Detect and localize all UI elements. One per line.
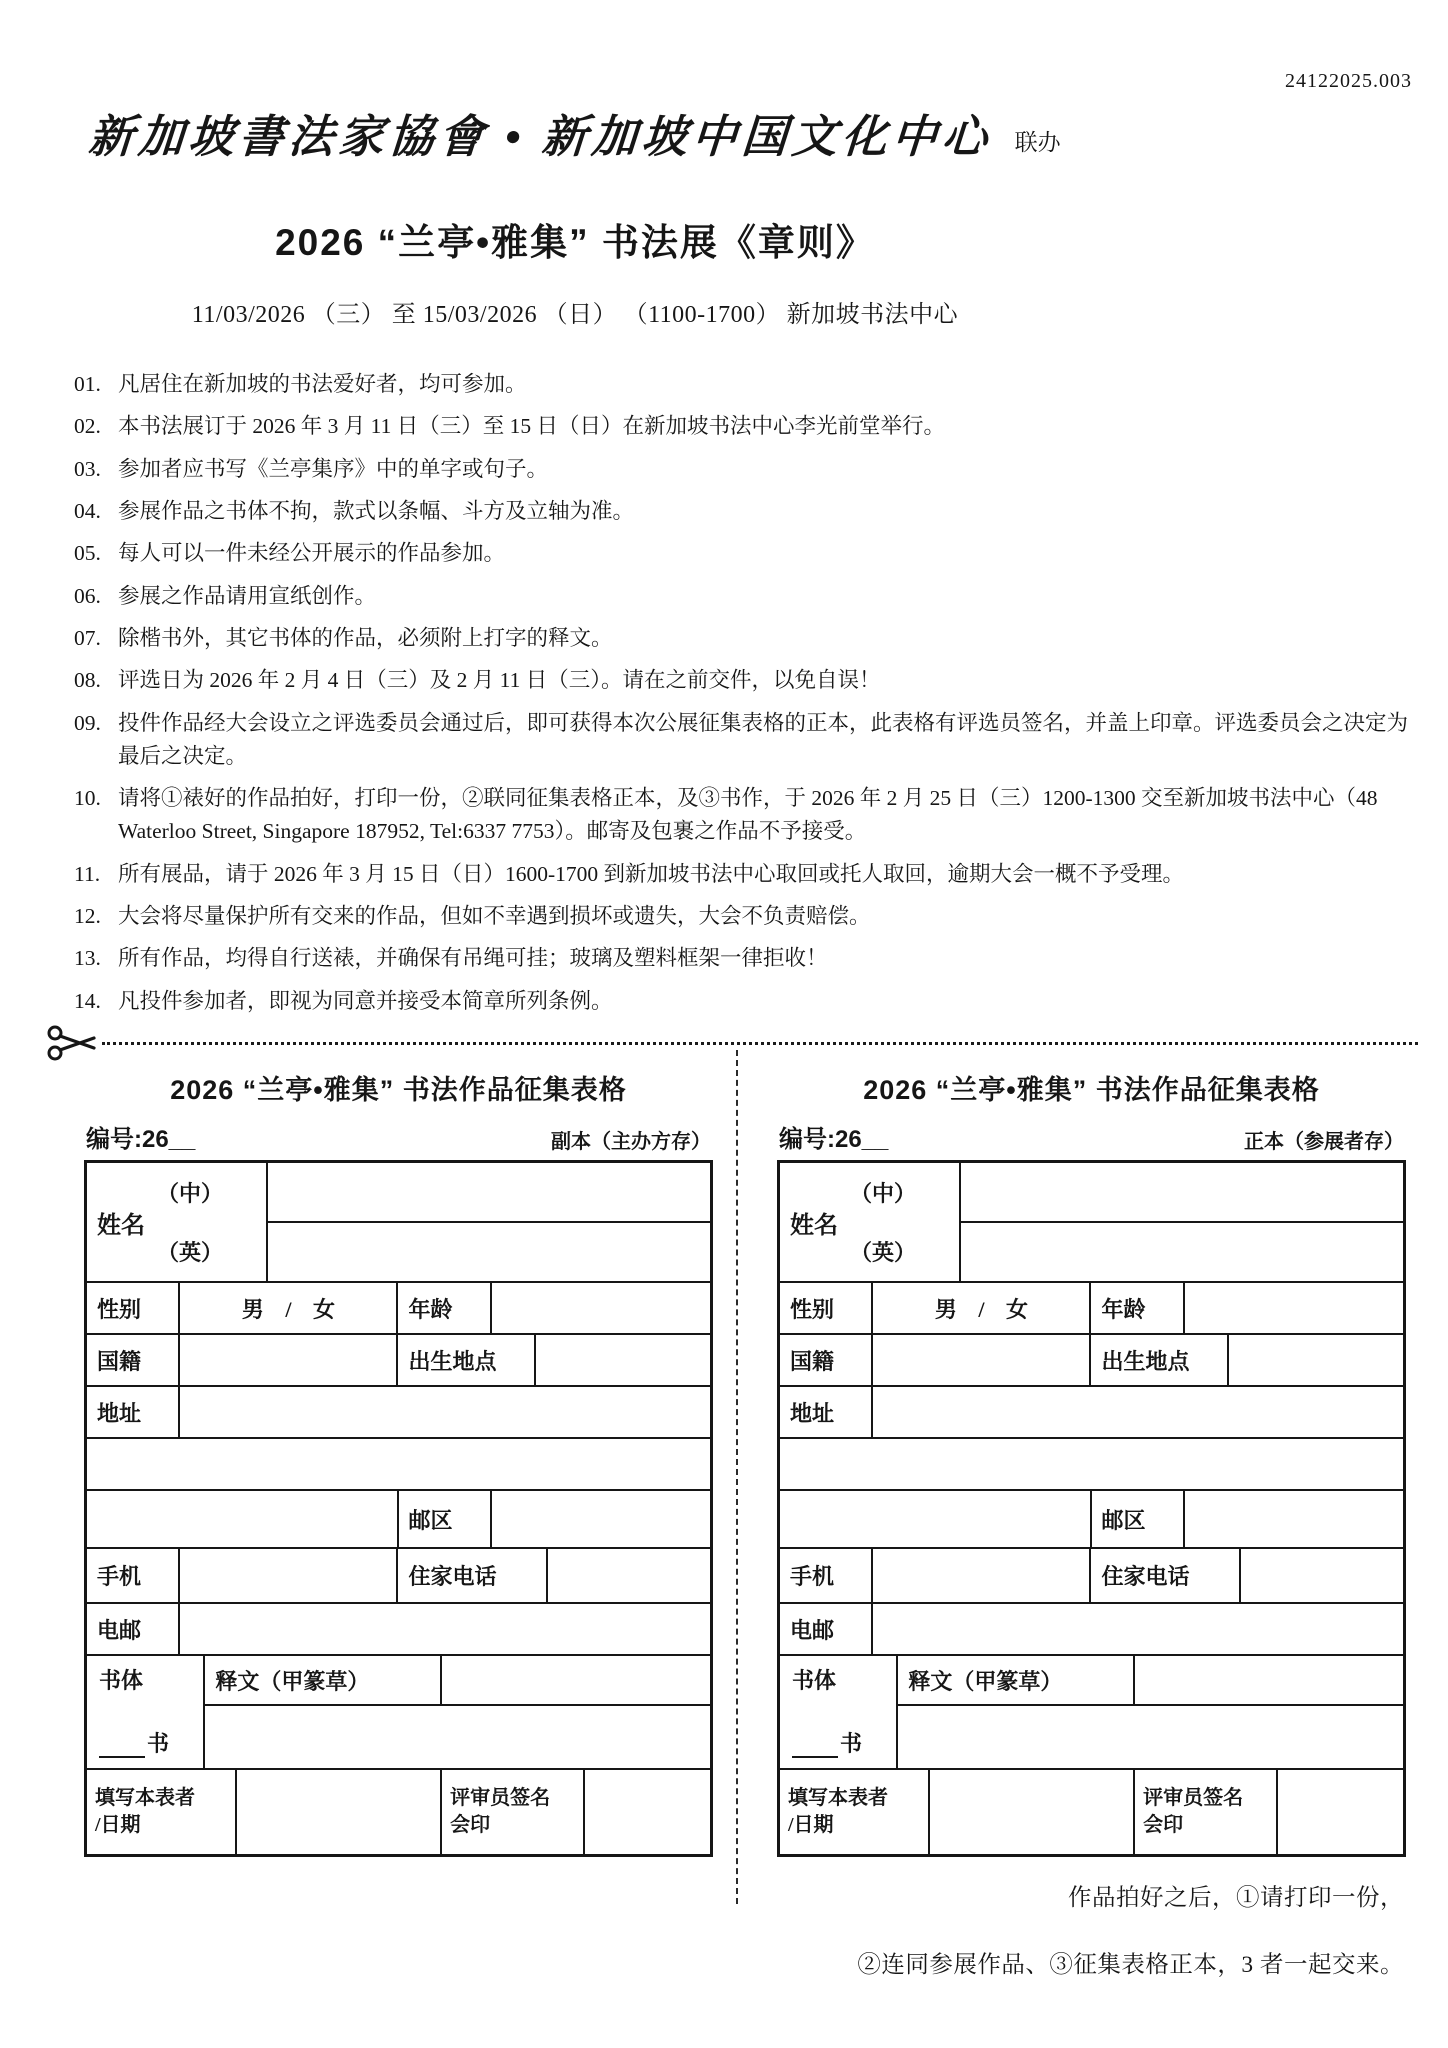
- nationality-row: 国籍 出生地点: [780, 1333, 1403, 1385]
- rule-text: 参展之作品请用宣纸创作。: [118, 580, 1412, 613]
- judge-sign-label-cell: 评审员签名 会印: [442, 1770, 585, 1854]
- form-title: 2026 “兰亭•雅集” 书法作品征集表格: [84, 1068, 713, 1107]
- filled-by-label-cell: 填写本表者 /日期: [780, 1770, 930, 1854]
- footer-note-line1: 作品拍好之后，①请打印一份，: [857, 1878, 1404, 1912]
- rule-number: 02.: [74, 410, 118, 443]
- nationality-label: 国籍: [780, 1335, 873, 1385]
- rule-item: 12.大会将尽量保护所有交来的作品，但如不幸遇到损坏或遗失，大会不负责赔偿。: [74, 900, 1412, 933]
- rule-number: 07.: [74, 622, 118, 655]
- serial-row: 编号:26__ 副本（主办方存）: [86, 1119, 711, 1154]
- rule-text: 大会将尽量保护所有交来的作品，但如不幸遇到损坏或遗失，大会不负责赔偿。: [118, 900, 1412, 933]
- rule-item: 10.请将①裱好的作品拍好，打印一份，②联同征集表格正本，及③书作，于 2026…: [74, 782, 1412, 849]
- birthplace-input-cell: [536, 1335, 710, 1385]
- rule-text: 参加者应书写《兰亭集序》中的单字或句子。: [118, 453, 1412, 486]
- postal-row: 邮区: [780, 1489, 1403, 1547]
- address-row: 地址: [87, 1385, 710, 1437]
- transcript-area: 释文（甲篆草）: [898, 1656, 1403, 1768]
- serial-number-label: 编号:26__: [86, 1119, 195, 1154]
- copy-type-label: 副本（主办方存）: [551, 1125, 711, 1154]
- address-open-cell: [87, 1491, 399, 1547]
- script-style-label: 书体: [792, 1664, 890, 1695]
- filled-by-label: 填写本表者: [95, 1785, 235, 1812]
- transcript-header-row: 释文（甲篆草）: [205, 1656, 710, 1706]
- filled-by-label: 填写本表者: [788, 1785, 928, 1812]
- email-label: 电邮: [780, 1604, 873, 1654]
- nationality-row: 国籍 出生地点: [87, 1333, 710, 1385]
- rule-text: 投件作品经大会设立之评选委员会通过后，即可获得本次公展征集表格的正本，此表格有评…: [118, 707, 1412, 774]
- rule-number: 10.: [74, 782, 118, 849]
- rule-text: 所有展品，请于 2026 年 3 月 15 日（日）1600-1700 到新加坡…: [118, 858, 1412, 891]
- address-label: 地址: [780, 1387, 873, 1437]
- serial-number-label: 编号:26__: [779, 1119, 888, 1154]
- rule-item: 06.参展之作品请用宣纸创作。: [74, 580, 1412, 613]
- name-english-label: （英）: [850, 1222, 959, 1281]
- home-phone-label: 住家电话: [1091, 1549, 1241, 1602]
- mobile-label: 手机: [87, 1549, 180, 1602]
- postal-label: 邮区: [399, 1491, 492, 1547]
- address-label: 地址: [87, 1387, 180, 1437]
- rule-item: 08.评选日为 2026 年 2 月 4 日（三）及 2 月 11 日（三）。请…: [74, 664, 1412, 697]
- script-style-fill-line: 书: [99, 1727, 197, 1758]
- judge-seal-label: 会印: [1143, 1812, 1276, 1839]
- postal-input-cell: [1185, 1491, 1403, 1547]
- filled-by-date-label: /日期: [95, 1812, 235, 1839]
- rule-number: 14.: [74, 985, 118, 1018]
- age-label: 年龄: [1091, 1283, 1184, 1333]
- name-input-column: [268, 1163, 710, 1281]
- name-language-labels: （中） （英）: [157, 1163, 266, 1281]
- rule-item: 07.除楷书外，其它书体的作品，必须附上打字的释文。: [74, 622, 1412, 655]
- address-input-cell: [873, 1387, 1403, 1437]
- name-english-input-cell: [961, 1223, 1403, 1281]
- judge-seal-label: 会印: [450, 1812, 583, 1839]
- rule-number: 11.: [74, 858, 118, 891]
- address-open-cell: [780, 1491, 1092, 1547]
- script-style-blank: [792, 1736, 838, 1758]
- email-row: 电邮: [780, 1602, 1403, 1654]
- filled-by-input-cell: [930, 1770, 1136, 1854]
- script-style-row: 书体 书 释文（甲篆草）: [780, 1654, 1403, 1768]
- co-organize-label: 联办: [1015, 124, 1061, 165]
- rule-item: 09.投件作品经大会设立之评选委员会通过后，即可获得本次公展征集表格的正本，此表…: [74, 707, 1412, 774]
- dotted-cut-line: [102, 1042, 1418, 1045]
- rule-number: 09.: [74, 707, 118, 774]
- gender-age-row: 性别 男 / 女 年龄: [780, 1281, 1403, 1333]
- transcript-area: 释文（甲篆草）: [205, 1656, 710, 1768]
- judge-sign-input-cell: [1278, 1770, 1403, 1854]
- name-label: 姓名: [97, 1205, 145, 1240]
- transcript-write-cell: [898, 1706, 1403, 1768]
- phone-row: 手机 住家电话: [87, 1547, 710, 1602]
- address-continue-cell: [780, 1439, 1403, 1489]
- phone-row: 手机 住家电话: [780, 1547, 1403, 1602]
- organizers-calligraphy: 新加坡書法家協會 • 新加坡中国文化中心: [87, 100, 995, 165]
- name-language-labels: （中） （英）: [850, 1163, 959, 1281]
- filled-by-date-label: /日期: [788, 1812, 928, 1839]
- rule-item: 04.参展作品之书体不拘，款式以条幅、斗方及立轴为准。: [74, 495, 1412, 528]
- form-table: 姓名 （中） （英） 性别 男 / 女 年龄: [777, 1160, 1406, 1857]
- name-english-input-cell: [268, 1223, 710, 1281]
- script-style-row: 书体 书 释文（甲篆草）: [87, 1654, 710, 1768]
- rule-number: 12.: [74, 900, 118, 933]
- document-number: 24122025.003: [1285, 70, 1412, 93]
- name-row: 姓名 （中） （英）: [87, 1163, 710, 1281]
- form-title: 2026 “兰亭•雅集” 书法作品征集表格: [777, 1068, 1406, 1107]
- rule-number: 05.: [74, 537, 118, 570]
- signature-row: 填写本表者 /日期 评审员签名 会印: [87, 1768, 710, 1854]
- name-row: 姓名 （中） （英）: [780, 1163, 1403, 1281]
- mobile-input-cell: [873, 1549, 1091, 1602]
- transcript-input-cell: [442, 1656, 710, 1704]
- mobile-label: 手机: [780, 1549, 873, 1602]
- address-input-cell: [180, 1387, 710, 1437]
- rule-text: 每人可以一件未经公开展示的作品参加。: [118, 537, 1412, 570]
- email-input-cell: [873, 1604, 1403, 1654]
- page-title: 2026 “兰亭•雅集” 书法展《章则》: [70, 212, 1080, 266]
- birthplace-label: 出生地点: [1091, 1335, 1228, 1385]
- name-chinese-input-cell: [268, 1163, 710, 1223]
- rule-number: 04.: [74, 495, 118, 528]
- script-suffix-label: 书: [840, 1727, 862, 1758]
- rule-item: 13.所有作品，均得自行送裱，并确保有吊绳可挂；玻璃及塑料框架一律拒收！: [74, 942, 1412, 975]
- name-english-label: （英）: [157, 1222, 266, 1281]
- script-style-label-cell: 书体 书: [87, 1656, 205, 1768]
- cut-here-row: [46, 1020, 1418, 1066]
- script-style-blank: [99, 1736, 145, 1758]
- age-label: 年龄: [398, 1283, 491, 1333]
- name-chinese-label: （中）: [157, 1163, 266, 1222]
- postal-label: 邮区: [1092, 1491, 1185, 1547]
- address-row: 地址: [780, 1385, 1403, 1437]
- rule-number: 06.: [74, 580, 118, 613]
- name-label: 姓名: [790, 1205, 838, 1240]
- home-phone-input-cell: [1241, 1549, 1403, 1602]
- home-phone-label: 住家电话: [398, 1549, 548, 1602]
- event-date-line: 11/03/2026 （三） 至 15/03/2026 （日） （1100-17…: [70, 294, 1080, 329]
- rule-text: 参展作品之书体不拘，款式以条幅、斗方及立轴为准。: [118, 495, 1412, 528]
- birthplace-input-cell: [1229, 1335, 1403, 1385]
- rule-number: 08.: [74, 664, 118, 697]
- rule-item: 11.所有展品，请于 2026 年 3 月 15 日（日）1600-1700 到…: [74, 858, 1412, 891]
- script-style-fill-line: 书: [792, 1727, 890, 1758]
- form-table: 姓名 （中） （英） 性别 男 / 女 年龄: [84, 1160, 713, 1857]
- script-suffix-label: 书: [147, 1727, 169, 1758]
- name-chinese-label: （中）: [850, 1163, 959, 1222]
- name-label-cell: 姓名 （中） （英）: [87, 1163, 268, 1281]
- name-input-column: [961, 1163, 1403, 1281]
- signature-row: 填写本表者 /日期 评审员签名 会印: [780, 1768, 1403, 1854]
- name-chinese-input-cell: [961, 1163, 1403, 1223]
- email-row: 电邮: [87, 1602, 710, 1654]
- entry-form-original: 2026 “兰亭•雅集” 书法作品征集表格 编号:26__ 正本（参展者存） 姓…: [777, 1068, 1406, 1857]
- postal-row: 邮区: [87, 1489, 710, 1547]
- judge-sign-input-cell: [585, 1770, 710, 1854]
- birthplace-label: 出生地点: [398, 1335, 535, 1385]
- age-input-cell: [492, 1283, 710, 1333]
- filled-by-input-cell: [237, 1770, 443, 1854]
- address-continue-cell: [87, 1439, 710, 1489]
- email-input-cell: [180, 1604, 710, 1654]
- footer-note-line2: ②连同参展作品、③征集表格正本，3 者一起交来。: [857, 1945, 1404, 1979]
- age-input-cell: [1185, 1283, 1403, 1333]
- nationality-input-cell: [180, 1335, 398, 1385]
- transcript-label: 释文（甲篆草）: [898, 1656, 1135, 1704]
- rule-text: 除楷书外，其它书体的作品，必须附上打字的释文。: [118, 622, 1412, 655]
- gender-options: 男 / 女: [873, 1283, 1091, 1333]
- rules-list: 01.凡居住在新加坡的书法爱好者，均可参加。 02.本书法展订于 2026 年 …: [74, 368, 1412, 1027]
- rule-number: 01.: [74, 368, 118, 401]
- transcript-label: 释文（甲篆草）: [205, 1656, 442, 1704]
- home-phone-input-cell: [548, 1549, 710, 1602]
- rule-number: 03.: [74, 453, 118, 486]
- judge-sign-label: 评审员签名: [1143, 1785, 1276, 1812]
- postal-input-cell: [492, 1491, 710, 1547]
- nationality-label: 国籍: [87, 1335, 180, 1385]
- address-continue-row: [780, 1437, 1403, 1489]
- rule-item: 05.每人可以一件未经公开展示的作品参加。: [74, 537, 1412, 570]
- rule-text: 请将①裱好的作品拍好，打印一份，②联同征集表格正本，及③书作，于 2026 年 …: [118, 782, 1412, 849]
- transcript-header-row: 释文（甲篆草）: [898, 1656, 1403, 1706]
- copy-type-label: 正本（参展者存）: [1244, 1125, 1404, 1154]
- address-continue-row: [87, 1437, 710, 1489]
- rule-text: 凡投件参加者，即视为同意并接受本简章所列条例。: [118, 985, 1412, 1018]
- serial-row: 编号:26__ 正本（参展者存）: [779, 1119, 1404, 1154]
- filled-by-label-cell: 填写本表者 /日期: [87, 1770, 237, 1854]
- script-style-label: 书体: [99, 1664, 197, 1695]
- email-label: 电邮: [87, 1604, 180, 1654]
- gender-age-row: 性别 男 / 女 年龄: [87, 1281, 710, 1333]
- judge-sign-label: 评审员签名: [450, 1785, 583, 1812]
- scanned-form-page: 24122025.003 新加坡書法家協會 • 新加坡中国文化中心 联办 202…: [0, 0, 1448, 2048]
- nationality-input-cell: [873, 1335, 1091, 1385]
- rule-text: 本书法展订于 2026 年 3 月 11 日（三）至 15 日（日）在新加坡书法…: [118, 410, 1412, 443]
- rule-item: 02.本书法展订于 2026 年 3 月 11 日（三）至 15 日（日）在新加…: [74, 410, 1412, 443]
- gender-label: 性别: [87, 1283, 180, 1333]
- rule-item: 03.参加者应书写《兰亭集序》中的单字或句子。: [74, 453, 1412, 486]
- rule-item: 01.凡居住在新加坡的书法爱好者，均可参加。: [74, 368, 1412, 401]
- footer-notes: 作品拍好之后，①请打印一份， ②连同参展作品、③征集表格正本，3 者一起交来。: [857, 1878, 1404, 1979]
- script-style-label-cell: 书体 书: [780, 1656, 898, 1768]
- transcript-write-cell: [205, 1706, 710, 1768]
- transcript-input-cell: [1135, 1656, 1403, 1704]
- rule-text: 凡居住在新加坡的书法爱好者，均可参加。: [118, 368, 1412, 401]
- rule-text: 评选日为 2026 年 2 月 4 日（三）及 2 月 11 日（三）。请在之前…: [118, 664, 1412, 697]
- entry-form-duplicate: 2026 “兰亭•雅集” 书法作品征集表格 编号:26__ 副本（主办方存） 姓…: [84, 1068, 713, 1857]
- scissors-icon: [46, 1023, 98, 1063]
- gender-label: 性别: [780, 1283, 873, 1333]
- rule-text: 所有作品，均得自行送裱，并确保有吊绳可挂；玻璃及塑料框架一律拒收！: [118, 942, 1412, 975]
- rule-number: 13.: [74, 942, 118, 975]
- rule-item: 14.凡投件参加者，即视为同意并接受本简章所列条例。: [74, 985, 1412, 1018]
- gender-options: 男 / 女: [180, 1283, 398, 1333]
- mobile-input-cell: [180, 1549, 398, 1602]
- judge-sign-label-cell: 评审员签名 会印: [1135, 1770, 1278, 1854]
- entry-forms-row: 2026 “兰亭•雅集” 书法作品征集表格 编号:26__ 副本（主办方存） 姓…: [84, 1068, 1406, 1857]
- name-label-cell: 姓名 （中） （英）: [780, 1163, 961, 1281]
- organizers-line: 新加坡書法家協會 • 新加坡中国文化中心 联办: [70, 100, 1080, 165]
